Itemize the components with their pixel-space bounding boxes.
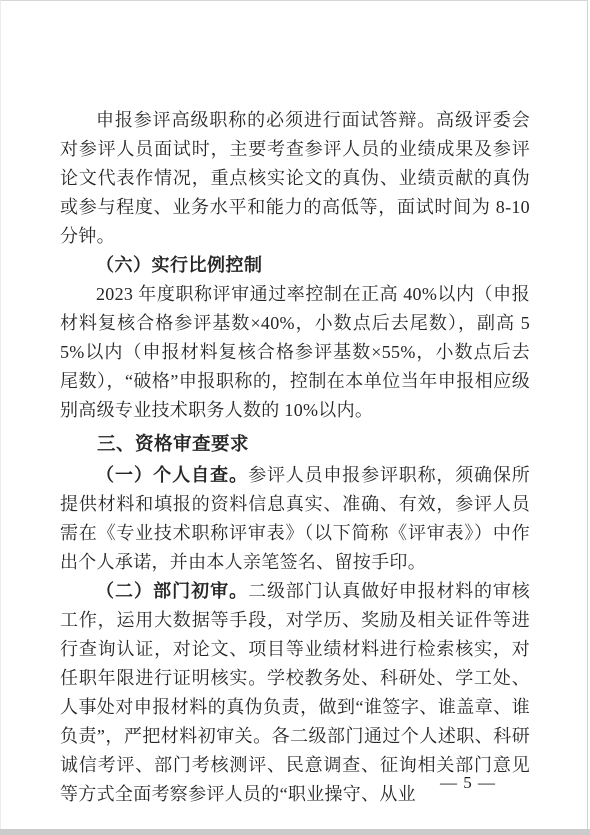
item-two-body-text: 二级部门认真做好申报材料的审核工作，运用大数据等手段，对学历、奖励及相关证件等进… [60,581,530,804]
item-one-lead-label: （一）个人自查。 [96,465,248,485]
heading-section-six-ratio-control: （六）实行比例控制 [60,251,530,280]
page-number: — 5 — [440,773,496,793]
document-body: 申报参评高级职称的必须进行面试答辩。高级评委会对参评人员面试时，主要考查参评人员… [60,106,530,809]
paragraph-interview-defense: 申报参评高级职称的必须进行面试答辩。高级评委会对参评人员面试时，主要考查参评人员… [60,106,530,251]
paragraph-individual-self-check: （一）个人自查。参评人员申报参评职称，须确保所提供材料和填报的资料信息真实、准确… [60,461,530,577]
item-two-lead-label: （二）部门初审。 [96,581,248,601]
heading-section-three-qualification-review: 三、资格审查要求 [60,429,530,458]
page-bottom-shadow [0,829,590,835]
document-page: 申报参评高级职称的必须进行面试答辩。高级评委会对参评人员面试时，主要考查参评人员… [0,0,590,835]
paragraph-pass-rate-control: 2023 年度职称评审通过率控制在正高 40%以内（申报材料复核合格参评基数×4… [60,280,530,425]
